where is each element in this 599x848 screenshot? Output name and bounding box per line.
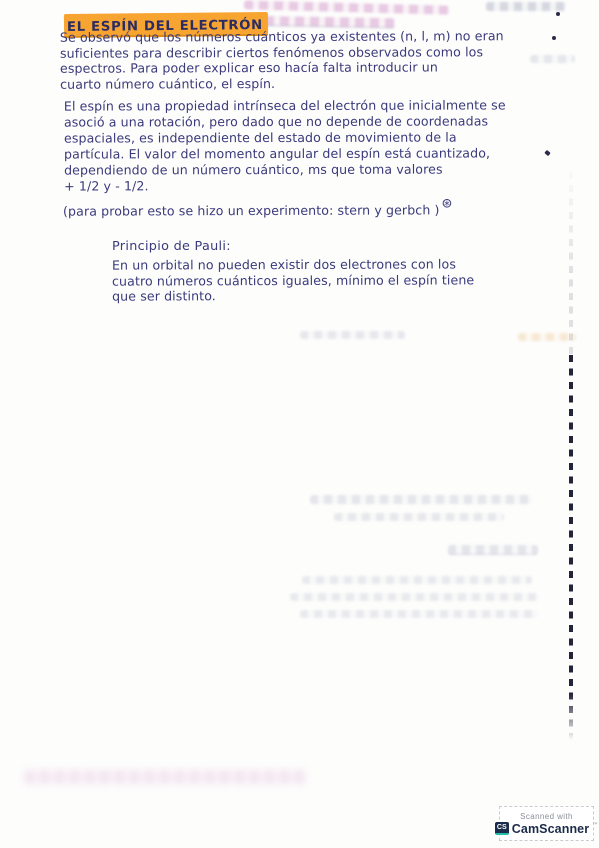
text-line: suficientes para describir ciertos fenóm…	[60, 44, 504, 61]
text-line: asoció a una rotación, pero dado que no …	[64, 113, 506, 130]
text-line: En un orbital no pueden existir dos elec…	[112, 256, 474, 273]
binding-dots-faint	[569, 158, 573, 355]
text-line: El espín es una propiedad intrínseca del…	[64, 97, 506, 114]
bleedthrough-smudge	[300, 331, 405, 339]
text-line: cuarto número cuántico, el espín.	[60, 75, 504, 92]
bleedthrough-smudge	[25, 770, 305, 784]
bleedthrough-smudge	[310, 495, 532, 504]
scanned-notes-page: EL ESPÍN DEL ELECTRÓN Se observó que los…	[0, 0, 599, 848]
pen-tick	[544, 150, 550, 156]
paragraph-intro: Se observó que los números cuánticos ya …	[60, 28, 504, 92]
bleedthrough-smudge	[290, 593, 538, 601]
camscanner-name: CamScanner	[512, 822, 589, 836]
circled-asterisk-mark: ⊛	[441, 196, 452, 211]
text-line: espaciales, es independiente del estado …	[64, 129, 506, 146]
camscanner-wordmark: CS CamScanner ™	[495, 822, 598, 836]
bleedthrough-smudge	[448, 545, 538, 555]
camscanner-logo-icon: CS	[495, 822, 509, 835]
bleedthrough-smudge	[250, 16, 395, 29]
bleedthrough-smudge	[244, 0, 449, 14]
camscanner-badge[interactable]: Scanned with CS CamScanner ™	[499, 806, 594, 841]
text-line: partícula. El valor del momento angular …	[64, 145, 506, 162]
text-line: que ser distinto.	[112, 287, 474, 304]
text-line: + 1/2 y - 1/2.	[64, 177, 506, 194]
pen-dot	[556, 12, 560, 16]
text-line: espectros. Para poder explicar eso hacía…	[60, 59, 504, 76]
camscanner-logo-text: CS	[497, 824, 507, 831]
bleedthrough-smudge	[518, 333, 576, 341]
bleedthrough-smudge	[530, 55, 575, 63]
trademark-mark: ™	[592, 822, 598, 830]
bleedthrough-smudge	[486, 2, 566, 11]
experiment-note: (para probar esto se hizo un experimento…	[63, 202, 451, 219]
scanned-with-label: Scanned with	[520, 812, 573, 821]
pauli-heading: Principio de Pauli:	[112, 239, 231, 254]
bleedthrough-smudge	[300, 610, 538, 618]
pen-dot	[552, 36, 556, 40]
text-line: Se observó que los números cuánticos ya …	[60, 28, 504, 45]
note-text: (para probar esto se hizo un experimento…	[63, 202, 440, 218]
bleedthrough-smudge	[302, 576, 532, 584]
text-line: dependiendo de un número cuántico, ms qu…	[64, 161, 506, 178]
paragraph-spin-properties: El espín es una propiedad intrínseca del…	[64, 97, 506, 194]
binding-dots	[569, 355, 573, 740]
paragraph-pauli: En un orbital no pueden existir dos elec…	[112, 256, 474, 304]
text-line: cuatro números cuánticos iguales, mínimo…	[112, 272, 474, 289]
bleedthrough-smudge	[334, 513, 504, 521]
